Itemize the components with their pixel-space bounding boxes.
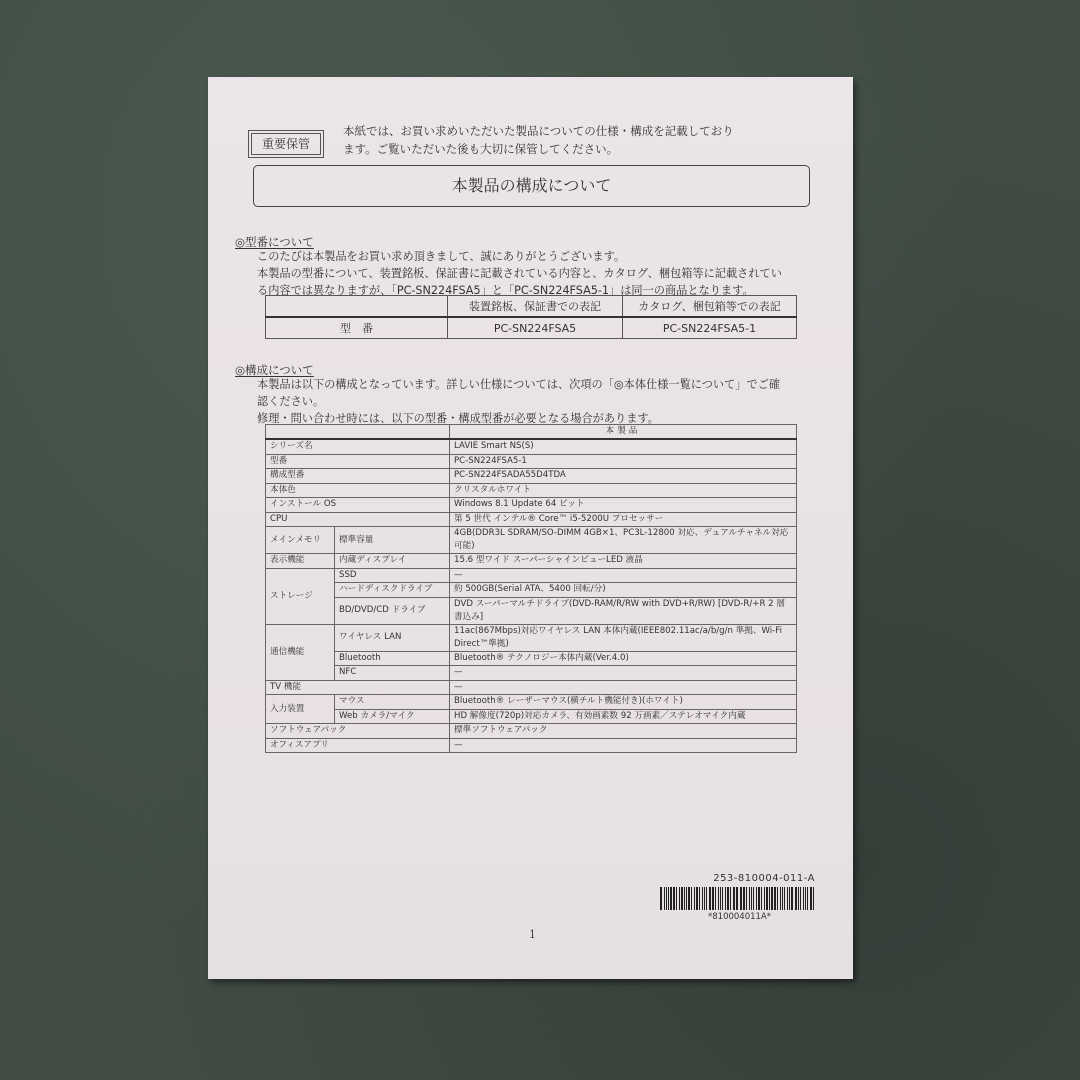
table-row: CPU第 5 世代 インテル® Core™ i5-5200U プロセッサー bbox=[266, 512, 797, 527]
para-line: 本製品は以下の構成となっています。詳しい仕様については、次項の「◎本体仕様一覧に… bbox=[257, 376, 817, 393]
barcode-bar bbox=[660, 887, 662, 910]
category-cell: オフィスアプリ bbox=[266, 738, 450, 753]
barcode-bar bbox=[722, 887, 723, 910]
item-cell: マウス bbox=[335, 695, 450, 710]
barcode-bar bbox=[704, 887, 705, 910]
barcode-bar bbox=[813, 887, 814, 910]
category-cell: 型番 bbox=[266, 454, 450, 469]
barcode-bar bbox=[764, 887, 765, 910]
barcode-bar bbox=[756, 887, 757, 910]
category-cell: 通信機能 bbox=[266, 624, 335, 680]
category-cell: TV 機能 bbox=[266, 680, 450, 695]
barcode-bar bbox=[702, 887, 703, 910]
barcode-bar bbox=[789, 887, 790, 910]
barcode-bar bbox=[664, 887, 665, 910]
barcode-bar bbox=[737, 887, 738, 910]
barcode-bar bbox=[681, 887, 683, 910]
barcode-bar bbox=[771, 887, 773, 910]
value-cell: 15.6 型ワイド スーパーシャインビューLED 液晶 bbox=[450, 554, 797, 569]
model-number-table: 装置銘板、保証書での表記 カタログ、梱包箱等での表記 型 番 PC-SN224F… bbox=[265, 295, 797, 339]
barcode-bar bbox=[743, 887, 745, 910]
value-cell: DVD スーパーマルチドライブ(DVD-RAM/R/RW with DVD+R/… bbox=[450, 597, 797, 624]
value-cell: — bbox=[450, 666, 797, 681]
category-cell: ストレージ bbox=[266, 568, 335, 624]
category-cell: メインメモリ bbox=[266, 527, 335, 554]
category-cell: 入力装置 bbox=[266, 695, 335, 724]
table-row: インストール OSWindows 8.1 Update 64 ビット bbox=[266, 498, 797, 513]
table-row: BD/DVD/CD ドライブDVD スーパーマルチドライブ(DVD-RAM/R/… bbox=[266, 597, 797, 624]
intro-text: 本紙では、お買い求めいただいた製品についての仕様・構成を記載しており ます。ご覧… bbox=[343, 122, 783, 158]
model-section-text: このたびは本製品をお買い求め頂きまして、誠にありがとうございます。 本製品の型番… bbox=[257, 248, 817, 299]
barcode-bar bbox=[787, 887, 788, 910]
barcode-bar bbox=[679, 887, 680, 910]
category-cell: インストール OS bbox=[266, 498, 450, 513]
table-row: 表示機能内蔵ディスプレイ15.6 型ワイド スーパーシャインビューLED 液晶 bbox=[266, 554, 797, 569]
barcode-bar bbox=[782, 887, 783, 910]
value-cell: Bluetooth® テクノロジー本体内蔵(Ver.4.0) bbox=[450, 651, 797, 666]
para-line: 認ください。 bbox=[257, 393, 817, 410]
item-cell: 内蔵ディスプレイ bbox=[335, 554, 450, 569]
barcode-bar bbox=[676, 887, 677, 910]
table-row: 型 番 PC-SN224FSA5 PC-SN224FSA5-1 bbox=[266, 317, 797, 339]
barcode-bar bbox=[715, 887, 716, 910]
table-row: 型番PC-SN224FSA5-1 bbox=[266, 454, 797, 469]
config-section-text: 本製品は以下の構成となっています。詳しい仕様については、次項の「◎本体仕様一覧に… bbox=[257, 376, 817, 427]
barcode-bar bbox=[800, 887, 802, 910]
barcode-text: *810004011A* bbox=[708, 912, 771, 922]
barcode-bar bbox=[709, 887, 711, 910]
table-row: 本体色クリスタルホワイト bbox=[266, 483, 797, 498]
barcode-bar bbox=[691, 887, 692, 910]
table-header-cell bbox=[266, 296, 448, 318]
item-cell: ハードディスクドライブ bbox=[335, 583, 450, 598]
barcode-bar bbox=[805, 887, 806, 910]
value-cell: — bbox=[450, 738, 797, 753]
category-cell: CPU bbox=[266, 512, 450, 527]
barcode-bar bbox=[684, 887, 685, 910]
table-cell: PC-SN224FSA5 bbox=[448, 317, 623, 339]
barcode-bar bbox=[769, 887, 770, 910]
table-header-cell: 装置銘板、保証書での表記 bbox=[448, 296, 623, 318]
table-row: ストレージSSD— bbox=[266, 568, 797, 583]
para-line: 本製品の型番について、装置銘板、保証書に記載されている内容と、カタログ、梱包箱等… bbox=[257, 265, 817, 282]
barcode-bar bbox=[720, 887, 722, 910]
table-header-cell bbox=[266, 425, 450, 440]
table-row: NFC— bbox=[266, 666, 797, 681]
table-row: ハードディスクドライブ約 500GB(Serial ATA、5400 回転/分) bbox=[266, 583, 797, 598]
table-cell: 型 番 bbox=[266, 317, 448, 339]
item-cell: ワイヤレス LAN bbox=[335, 624, 450, 651]
table-row: シリーズ名LAVIE Smart NS(S) bbox=[266, 439, 797, 454]
document-page: 重要保管 本紙では、お買い求めいただいた製品についての仕様・構成を記載しており … bbox=[208, 77, 853, 979]
value-cell: 4GB(DDR3L SDRAM/SO-DIMM 4GB×1、PC3L-12800… bbox=[450, 527, 797, 554]
table-header-cell: カタログ、梱包箱等での表記 bbox=[623, 296, 797, 318]
item-cell: 標準容量 bbox=[335, 527, 450, 554]
table-header-row: 本製品 bbox=[266, 425, 797, 440]
document-code: 253-810004-011-A bbox=[713, 873, 815, 884]
item-cell: Bluetooth bbox=[335, 651, 450, 666]
barcode-bar bbox=[666, 887, 667, 910]
barcode-bar bbox=[791, 887, 793, 910]
barcode-bar bbox=[758, 887, 760, 910]
barcode-bar bbox=[668, 887, 669, 910]
page-number: 1 bbox=[529, 928, 536, 941]
value-cell: — bbox=[450, 568, 797, 583]
barcode-bar bbox=[751, 887, 752, 910]
barcode-bar bbox=[784, 887, 786, 910]
barcode-bar bbox=[706, 887, 707, 910]
barcode-bar bbox=[740, 887, 742, 910]
barcode-bar bbox=[795, 887, 797, 910]
barcode-bar bbox=[736, 887, 737, 910]
intro-line: ます。ご覧いただいた後も大切に保管してください。 bbox=[343, 140, 783, 158]
barcode-bar bbox=[686, 887, 687, 910]
table-header-cell: 本製品 bbox=[450, 425, 797, 440]
item-cell: SSD bbox=[335, 568, 450, 583]
category-cell: 構成型番 bbox=[266, 469, 450, 484]
barcode-bar bbox=[761, 887, 762, 910]
value-cell: 標準ソフトウェアパック bbox=[450, 724, 797, 739]
barcode-bar bbox=[807, 887, 808, 910]
barcode-bar bbox=[670, 887, 672, 910]
table-row: ソフトウェアパック標準ソフトウェアパック bbox=[266, 724, 797, 739]
barcode-bar bbox=[810, 887, 812, 910]
barcode-bar bbox=[688, 887, 690, 910]
table-row: 通信機能ワイヤレス LAN11ac(867Mbps)対応ワイヤレス LAN 本体… bbox=[266, 624, 797, 651]
value-cell: PC-SN224FSA5-1 bbox=[450, 454, 797, 469]
value-cell: Windows 8.1 Update 64 ビット bbox=[450, 498, 797, 513]
page-title: 本製品の構成について bbox=[253, 165, 810, 207]
value-cell: LAVIE Smart NS(S) bbox=[450, 439, 797, 454]
keep-important-badge: 重要保管 bbox=[251, 133, 321, 155]
barcode-bar bbox=[730, 887, 731, 910]
value-cell: 11ac(867Mbps)対応ワイヤレス LAN 本体内蔵(IEEE802.11… bbox=[450, 624, 797, 651]
barcode-bar bbox=[803, 887, 804, 910]
table-row: 入力装置マウスBluetooth® レーザーマウス(横チルト機能付き)(ホワイト… bbox=[266, 695, 797, 710]
value-cell: PC-SN224FSADA55D4TDA bbox=[450, 469, 797, 484]
barcode-bar bbox=[777, 887, 778, 910]
barcode-bar bbox=[780, 887, 781, 910]
category-cell: 本体色 bbox=[266, 483, 450, 498]
para-line: このたびは本製品をお買い求め頂きまして、誠にありがとうございます。 bbox=[257, 248, 817, 265]
barcode-bar bbox=[718, 887, 719, 910]
barcode-bar bbox=[712, 887, 714, 910]
table-row: 構成型番PC-SN224FSADA55D4TDA bbox=[266, 469, 797, 484]
item-cell: Web カメラ/マイク bbox=[335, 709, 450, 724]
table-row: TV 機能— bbox=[266, 680, 797, 695]
barcode-bar bbox=[727, 887, 729, 910]
table-row: オフィスアプリ— bbox=[266, 738, 797, 753]
table-cell: PC-SN224FSA5-1 bbox=[623, 317, 797, 339]
value-cell: クリスタルホワイト bbox=[450, 483, 797, 498]
table-row: BluetoothBluetooth® テクノロジー本体内蔵(Ver.4.0) bbox=[266, 651, 797, 666]
barcode-bar bbox=[766, 887, 768, 910]
value-cell: 第 5 世代 インテル® Core™ i5-5200U プロセッサー bbox=[450, 512, 797, 527]
barcode-bar bbox=[774, 887, 776, 910]
barcode-bar bbox=[696, 887, 698, 910]
barcode-bar bbox=[753, 887, 755, 910]
table-row: Web カメラ/マイクHD 解像度(720p)対応カメラ、有効画素数 92 万画… bbox=[266, 709, 797, 724]
value-cell: — bbox=[450, 680, 797, 695]
table-header-row: 装置銘板、保証書での表記 カタログ、梱包箱等での表記 bbox=[266, 296, 797, 318]
value-cell: HD 解像度(720p)対応カメラ、有効画素数 92 万画素／ステレオマイク内蔵 bbox=[450, 709, 797, 724]
barcode-bar bbox=[673, 887, 675, 910]
barcode-bar bbox=[749, 887, 750, 910]
barcode-bar bbox=[725, 887, 726, 910]
category-cell: ソフトウェアパック bbox=[266, 724, 450, 739]
value-cell: 約 500GB(Serial ATA、5400 回転/分) bbox=[450, 583, 797, 598]
intro-line: 本紙では、お買い求めいただいた製品についての仕様・構成を記載しており bbox=[343, 122, 783, 140]
item-cell: NFC bbox=[335, 666, 450, 681]
category-cell: シリーズ名 bbox=[266, 439, 450, 454]
barcode bbox=[660, 887, 815, 910]
table-row: メインメモリ標準容量4GB(DDR3L SDRAM/SO-DIMM 4GB×1、… bbox=[266, 527, 797, 554]
barcode-bar bbox=[733, 887, 735, 910]
item-cell: BD/DVD/CD ドライブ bbox=[335, 597, 450, 624]
barcode-bar bbox=[798, 887, 799, 910]
value-cell: Bluetooth® レーザーマウス(横チルト機能付き)(ホワイト) bbox=[450, 695, 797, 710]
barcode-bar bbox=[694, 887, 695, 910]
category-cell: 表示機能 bbox=[266, 554, 335, 569]
barcode-bar bbox=[746, 887, 747, 910]
barcode-bar bbox=[699, 887, 701, 910]
configuration-table: 本製品 シリーズ名LAVIE Smart NS(S)型番PC-SN224FSA5… bbox=[265, 424, 797, 753]
